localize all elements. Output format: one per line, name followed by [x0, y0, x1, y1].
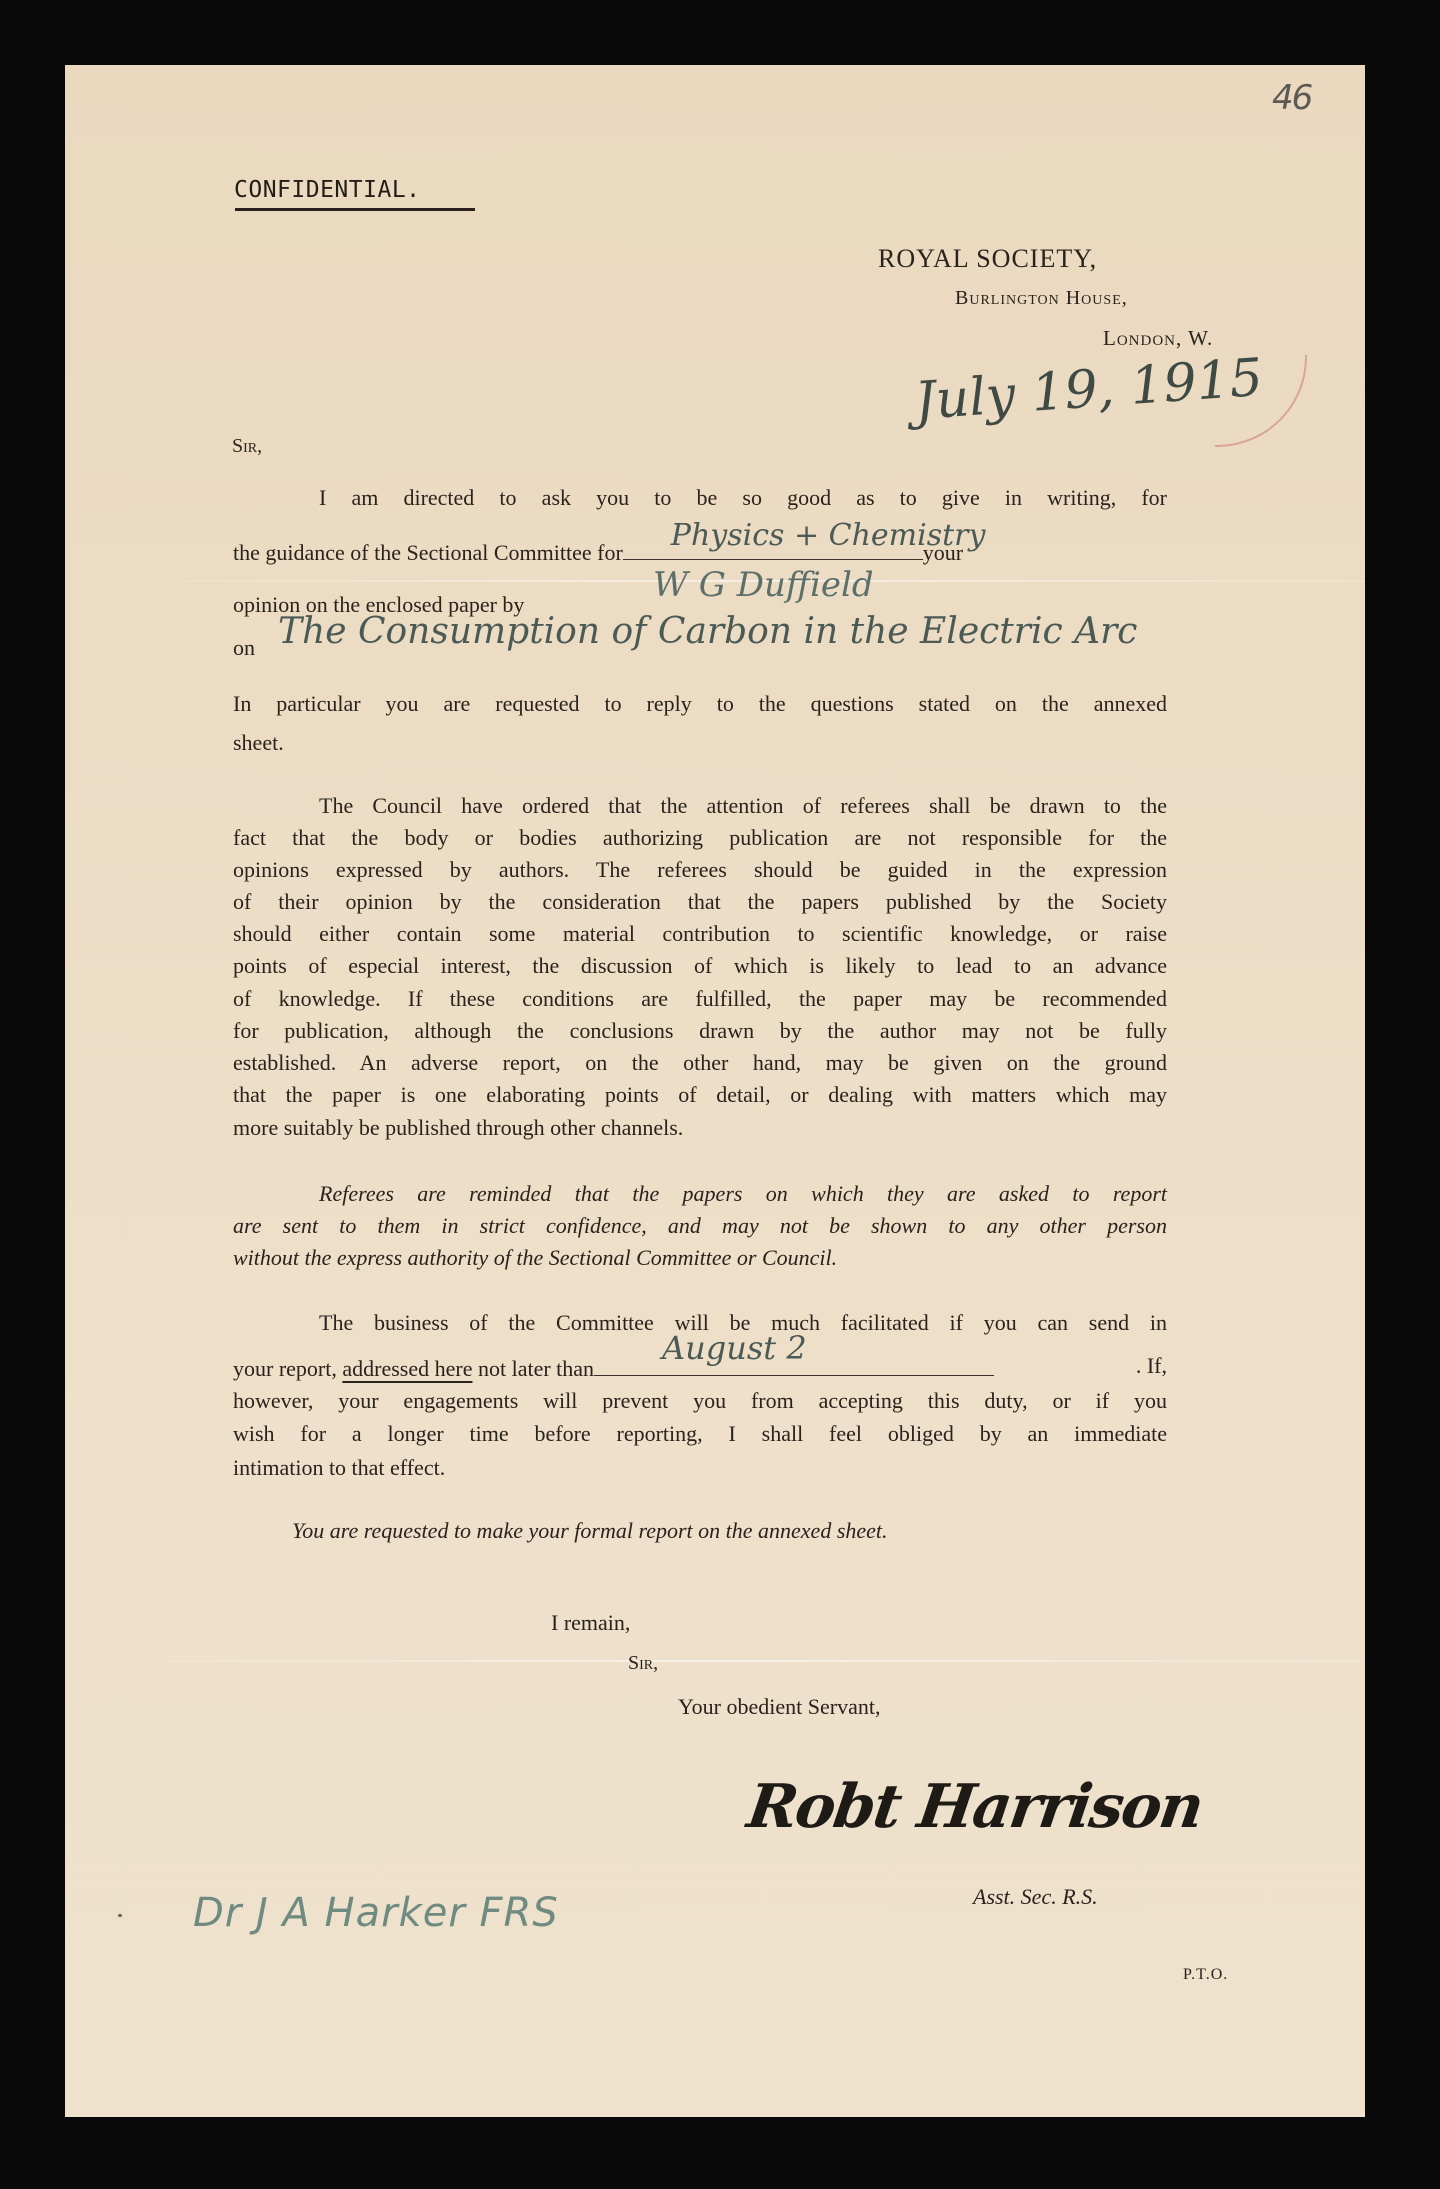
paragraph-2-line: more suitably be published through other… — [233, 1115, 1167, 1141]
paragraph-2-line: should either contain some material cont… — [233, 921, 1167, 947]
committee-handwritten: Physics + Chemistry — [671, 523, 986, 549]
paragraph-2-line: of their opinion by the consideration th… — [233, 889, 1167, 915]
paper-title-prefix: on — [233, 635, 255, 660]
committee-fill-line: Physics + Chemistry — [623, 537, 923, 560]
deadline-suffix: . If, — [1136, 1353, 1167, 1379]
confidentiality-notice-line: are sent to them in strict confidence, a… — [233, 1213, 1167, 1239]
deadline-handwritten: August 2 — [662, 1335, 807, 1361]
paragraph-3-line-2: your report, addressed here not later th… — [233, 1353, 1167, 1382]
confidentiality-notice-line: without the express authority of the Sec… — [233, 1245, 1167, 1271]
paragraph-3-line-3: however, your engagements will prevent y… — [233, 1388, 1167, 1414]
paragraph-1-line-5: In particular you are requested to reply… — [233, 691, 1167, 717]
addressee-handwritten: Dr J A Harker FRS — [193, 1890, 559, 1936]
deadline-fill-line: August 2 — [594, 1353, 994, 1376]
salutation: Sir, — [232, 435, 262, 458]
paragraph-1-line-4: on The Consumption of Carbon in the Elec… — [233, 635, 1167, 661]
paper-title-handwritten: The Consumption of Carbon in the Electri… — [278, 619, 1137, 645]
paragraph-2-line: The Council have ordered that the attent… — [233, 793, 1167, 819]
paragraph-3-line-5: intimation to that effect. — [233, 1455, 1167, 1481]
confidential-underline — [235, 208, 475, 211]
closing-line-3: Your obedient Servant, — [678, 1694, 880, 1720]
formal-report-note: You are requested to make your formal re… — [292, 1518, 888, 1544]
paragraph-2-line: that the paper is one elaborating points… — [233, 1082, 1167, 1108]
paragraph-2-line: for publication, although the conclusion… — [233, 1018, 1167, 1044]
please-turn-over: P.T.O. — [1183, 1966, 1228, 1984]
paper-fold-line — [65, 1660, 1365, 1662]
paragraph-2-line: opinions expressed by authors. The refer… — [233, 857, 1167, 883]
confidentiality-notice-line: Referees are reminded that the papers on… — [233, 1181, 1167, 1207]
closing-line-2: Sir, — [628, 1652, 658, 1675]
letterhead-address-2: London, W. — [1103, 326, 1213, 351]
signatory-title: Asst. Sec. R.S. — [973, 1884, 1098, 1910]
deadline-middle: not later than — [478, 1356, 594, 1381]
folio-number: 46 — [1272, 78, 1311, 118]
paragraph-1-line-1: I am directed to ask you to be so good a… — [233, 485, 1167, 511]
committee-prefix: the guidance of the Sectional Committee … — [233, 540, 623, 565]
closing-line-1: I remain, — [551, 1610, 630, 1636]
ink-dot — [118, 1914, 122, 1917]
paragraph-2-line: established. An adverse report, on the o… — [233, 1050, 1167, 1076]
paragraph-3-line-4: wish for a longer time before reporting,… — [233, 1421, 1167, 1447]
paragraph-2-line: points of especial interest, the discuss… — [233, 953, 1167, 979]
paragraph-1-line-6: sheet. — [233, 730, 1167, 756]
deadline-prefix: your report, — [233, 1356, 337, 1381]
author-handwritten: W G Duffield — [653, 572, 874, 598]
signature: Robt Harrison — [743, 1772, 1206, 1842]
letterhead-organization: ROYAL SOCIETY, — [878, 244, 1097, 274]
paragraph-2-line: of knowledge. If these conditions are fu… — [233, 986, 1167, 1012]
addressed-here-underlined: addressed here — [342, 1356, 472, 1381]
paragraph-2-line: fact that the body or bodies authorizing… — [233, 825, 1167, 851]
letterhead-address-1: Burlington House, — [955, 287, 1128, 310]
confidential-heading: CONFIDENTIAL. — [234, 177, 421, 203]
paragraph-1-line-2: the guidance of the Sectional Committee … — [233, 537, 1167, 566]
